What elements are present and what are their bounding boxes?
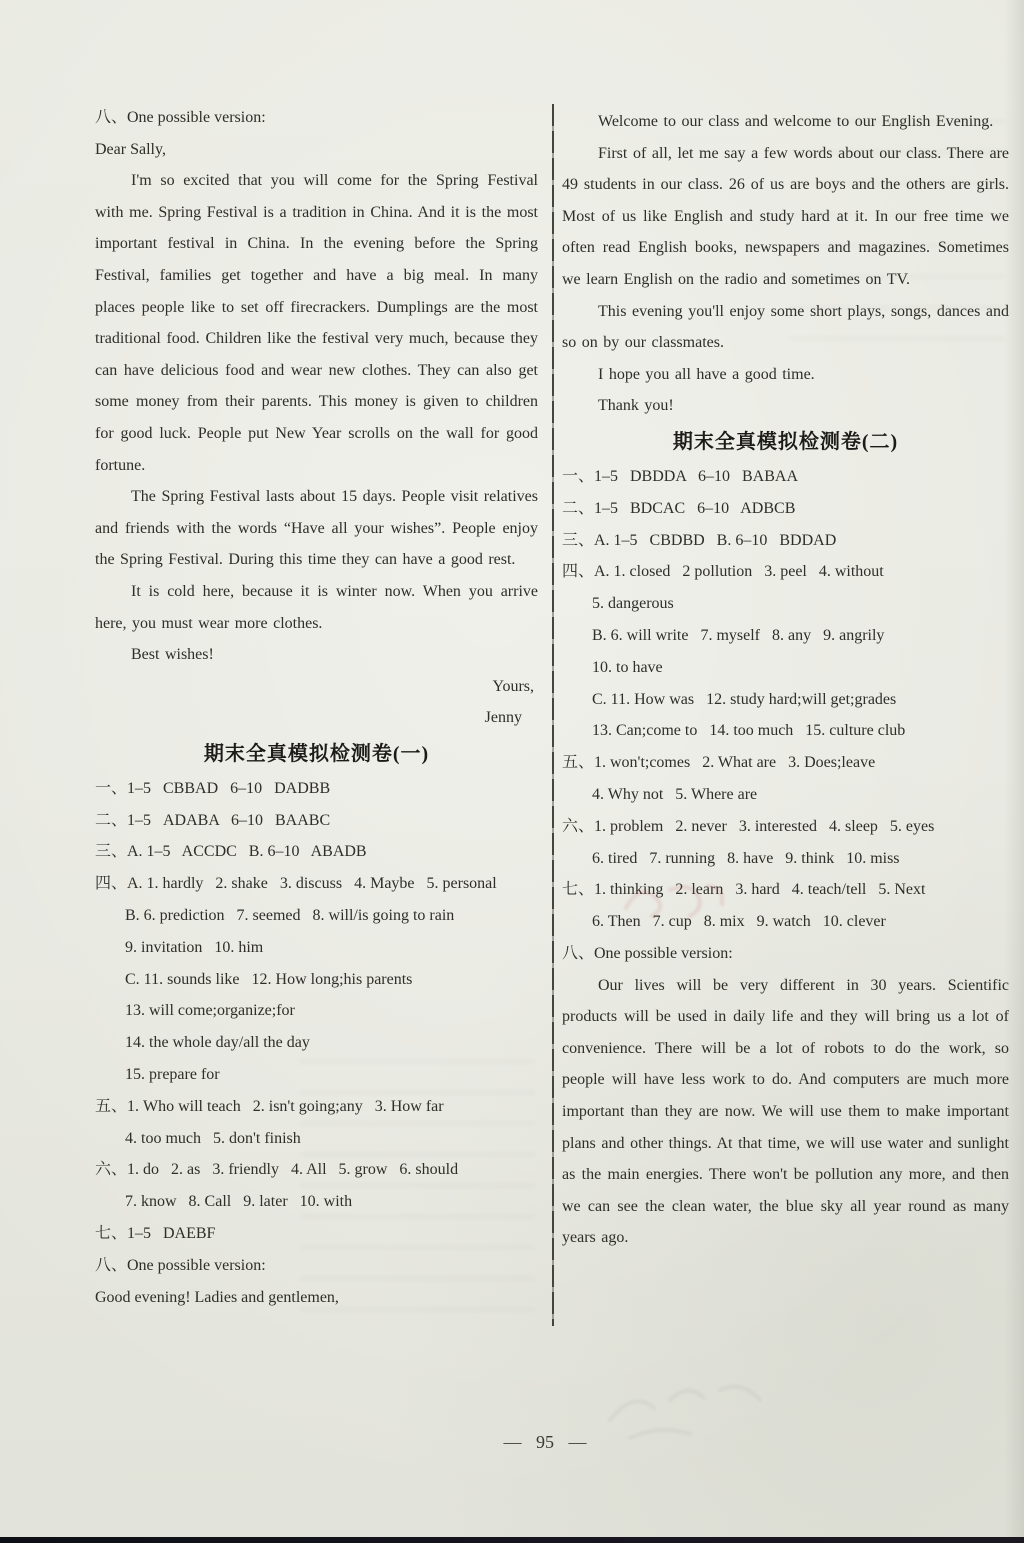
answer-line: 三、A. 1–5 CBDBD B. 6–10 BDDAD bbox=[562, 525, 1009, 557]
speech-paragraph: Welcome to our class and welcome to our … bbox=[562, 106, 1009, 138]
answer-line: 14. the whole day/all the day bbox=[95, 1027, 538, 1059]
exam-one-answers: 一、1–5 CBBAD 6–10 DADBB二、1–5 ADABA 6–10 B… bbox=[95, 773, 538, 1314]
letter-closing: Best wishes! bbox=[95, 639, 538, 671]
answer-line: Good evening! Ladies and gentlemen, bbox=[95, 1282, 538, 1314]
answer-line: 4. Why not 5. Where are bbox=[562, 779, 1009, 811]
answer-line: 二、1–5 BDCAC 6–10 ADBCB bbox=[562, 493, 1009, 525]
answer-line: 五、1. won't;comes 2. What are 3. Does;lea… bbox=[562, 747, 1009, 779]
left-column: 八、One possible version: Dear Sally, I'm … bbox=[95, 102, 538, 1313]
answer-line: 八、One possible version: bbox=[562, 938, 1009, 970]
letter-paragraph: It is cold here, because it is winter no… bbox=[95, 576, 538, 639]
bottom-scan-edge bbox=[0, 1537, 1024, 1543]
exam-two-title: 期末全真模拟检测卷(二) bbox=[562, 424, 1009, 460]
essay-possible-version: Our lives will be very different in 30 y… bbox=[562, 970, 1009, 1254]
letter-paragraph: I'm so excited that you will come for th… bbox=[95, 165, 538, 481]
speech-paragraph: I hope you all have a good time. bbox=[562, 359, 1009, 391]
essay-paragraph: Our lives will be very different in 30 y… bbox=[562, 970, 1009, 1254]
letter-body: I'm so excited that you will come for th… bbox=[95, 165, 538, 639]
answer-line: 10. to have bbox=[562, 652, 1009, 684]
answer-line: 5. dangerous bbox=[562, 588, 1009, 620]
answer-line: 一、1–5 CBBAD 6–10 DADBB bbox=[95, 773, 538, 805]
answer-line: 4. too much 5. don't finish bbox=[95, 1123, 538, 1155]
answer-line: 三、A. 1–5 ACCDC B. 6–10 ABADB bbox=[95, 836, 538, 868]
answer-line: B. 6. will write 7. myself 8. any 9. ang… bbox=[562, 620, 1009, 652]
answer-line: 二、1–5 ADABA 6–10 BAABC bbox=[95, 805, 538, 837]
answer-line: B. 6. prediction 7. seemed 8. will/is go… bbox=[95, 900, 538, 932]
answer-line: 15. prepare for bbox=[95, 1059, 538, 1091]
answer-line: 五、1. Who will teach 2. isn't going;any 3… bbox=[95, 1091, 538, 1123]
speech-paragraph: This evening you'll enjoy some short pla… bbox=[562, 296, 1009, 359]
welcome-speech: Welcome to our class and welcome to our … bbox=[562, 106, 1009, 422]
exam-one-title: 期末全真模拟检测卷(一) bbox=[95, 736, 538, 772]
answer-line: 四、A. 1. closed 2 pollution 3. peel 4. wi… bbox=[562, 556, 1009, 588]
section-eight-label: 八、One possible version: bbox=[95, 102, 538, 134]
answer-line: 9. invitation 10. him bbox=[95, 932, 538, 964]
scanned-page: 八、One possible version: Dear Sally, I'm … bbox=[0, 0, 1024, 1543]
answer-line: 六、1. do 2. as 3. friendly 4. All 5. grow… bbox=[95, 1154, 538, 1186]
answer-line: 八、One possible version: bbox=[95, 1250, 538, 1282]
answer-line: C. 11. How was 12. study hard;will get;g… bbox=[562, 684, 1009, 716]
answer-line: C. 11. sounds like 12. How long;his pare… bbox=[95, 964, 538, 996]
answer-line: 七、1–5 DAEBF bbox=[95, 1218, 538, 1250]
column-divider bbox=[552, 104, 554, 1326]
right-edge-shadow bbox=[1004, 0, 1024, 1543]
answer-line: 四、A. 1. hardly 2. shake 3. discuss 4. Ma… bbox=[95, 868, 538, 900]
speech-paragraph: First of all, let me say a few words abo… bbox=[562, 138, 1009, 296]
answer-line: 一、1–5 DBDDA 6–10 BABAA bbox=[562, 461, 1009, 493]
answer-line: 7. know 8. Call 9. later 10. with bbox=[95, 1186, 538, 1218]
letter-paragraph: The Spring Festival lasts about 15 days.… bbox=[95, 481, 538, 576]
ink-bleed-mark bbox=[618, 868, 738, 938]
letter-signoff-yours: Yours, bbox=[95, 671, 538, 703]
letter-signoff-name: Jenny bbox=[95, 702, 538, 734]
answer-line: 六、1. problem 2. never 3. interested 4. s… bbox=[562, 811, 1009, 843]
speech-paragraph: Thank you! bbox=[562, 390, 1009, 422]
letter-salutation: Dear Sally, bbox=[95, 134, 538, 166]
answer-line: 13. Can;come to 14. too much 15. culture… bbox=[562, 715, 1009, 747]
page-number: — 95 — bbox=[455, 1432, 635, 1453]
right-column: Welcome to our class and welcome to our … bbox=[562, 106, 1009, 1254]
answer-line: 13. will come;organize;for bbox=[95, 995, 538, 1027]
